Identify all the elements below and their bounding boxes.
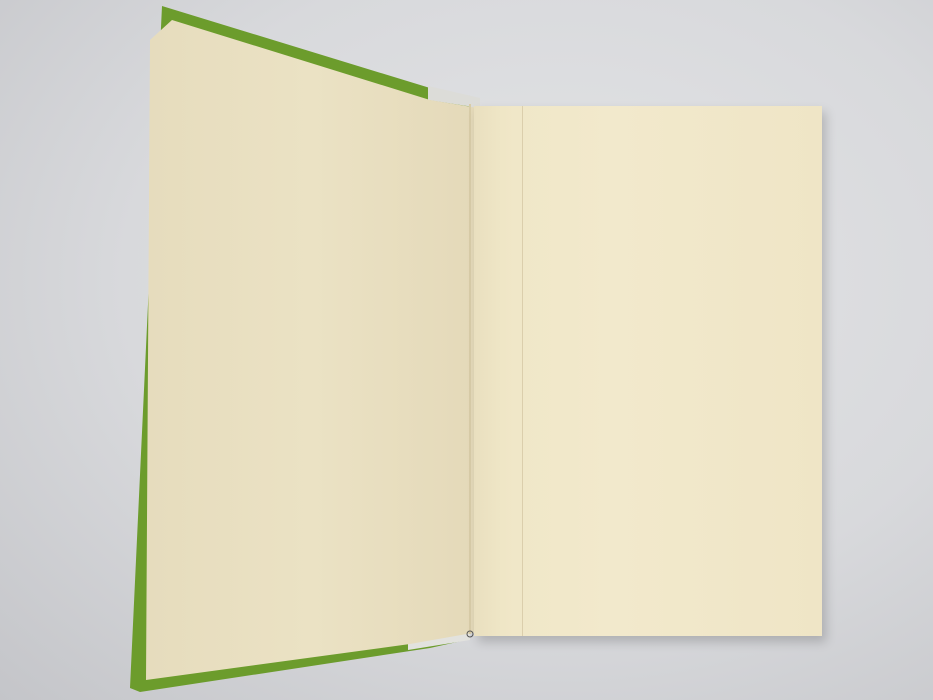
left-endpaper xyxy=(146,20,478,680)
book-photo: Open hardcover book with green cloth bin… xyxy=(0,0,933,700)
right-page xyxy=(474,106,822,636)
page-gutter xyxy=(522,106,523,636)
